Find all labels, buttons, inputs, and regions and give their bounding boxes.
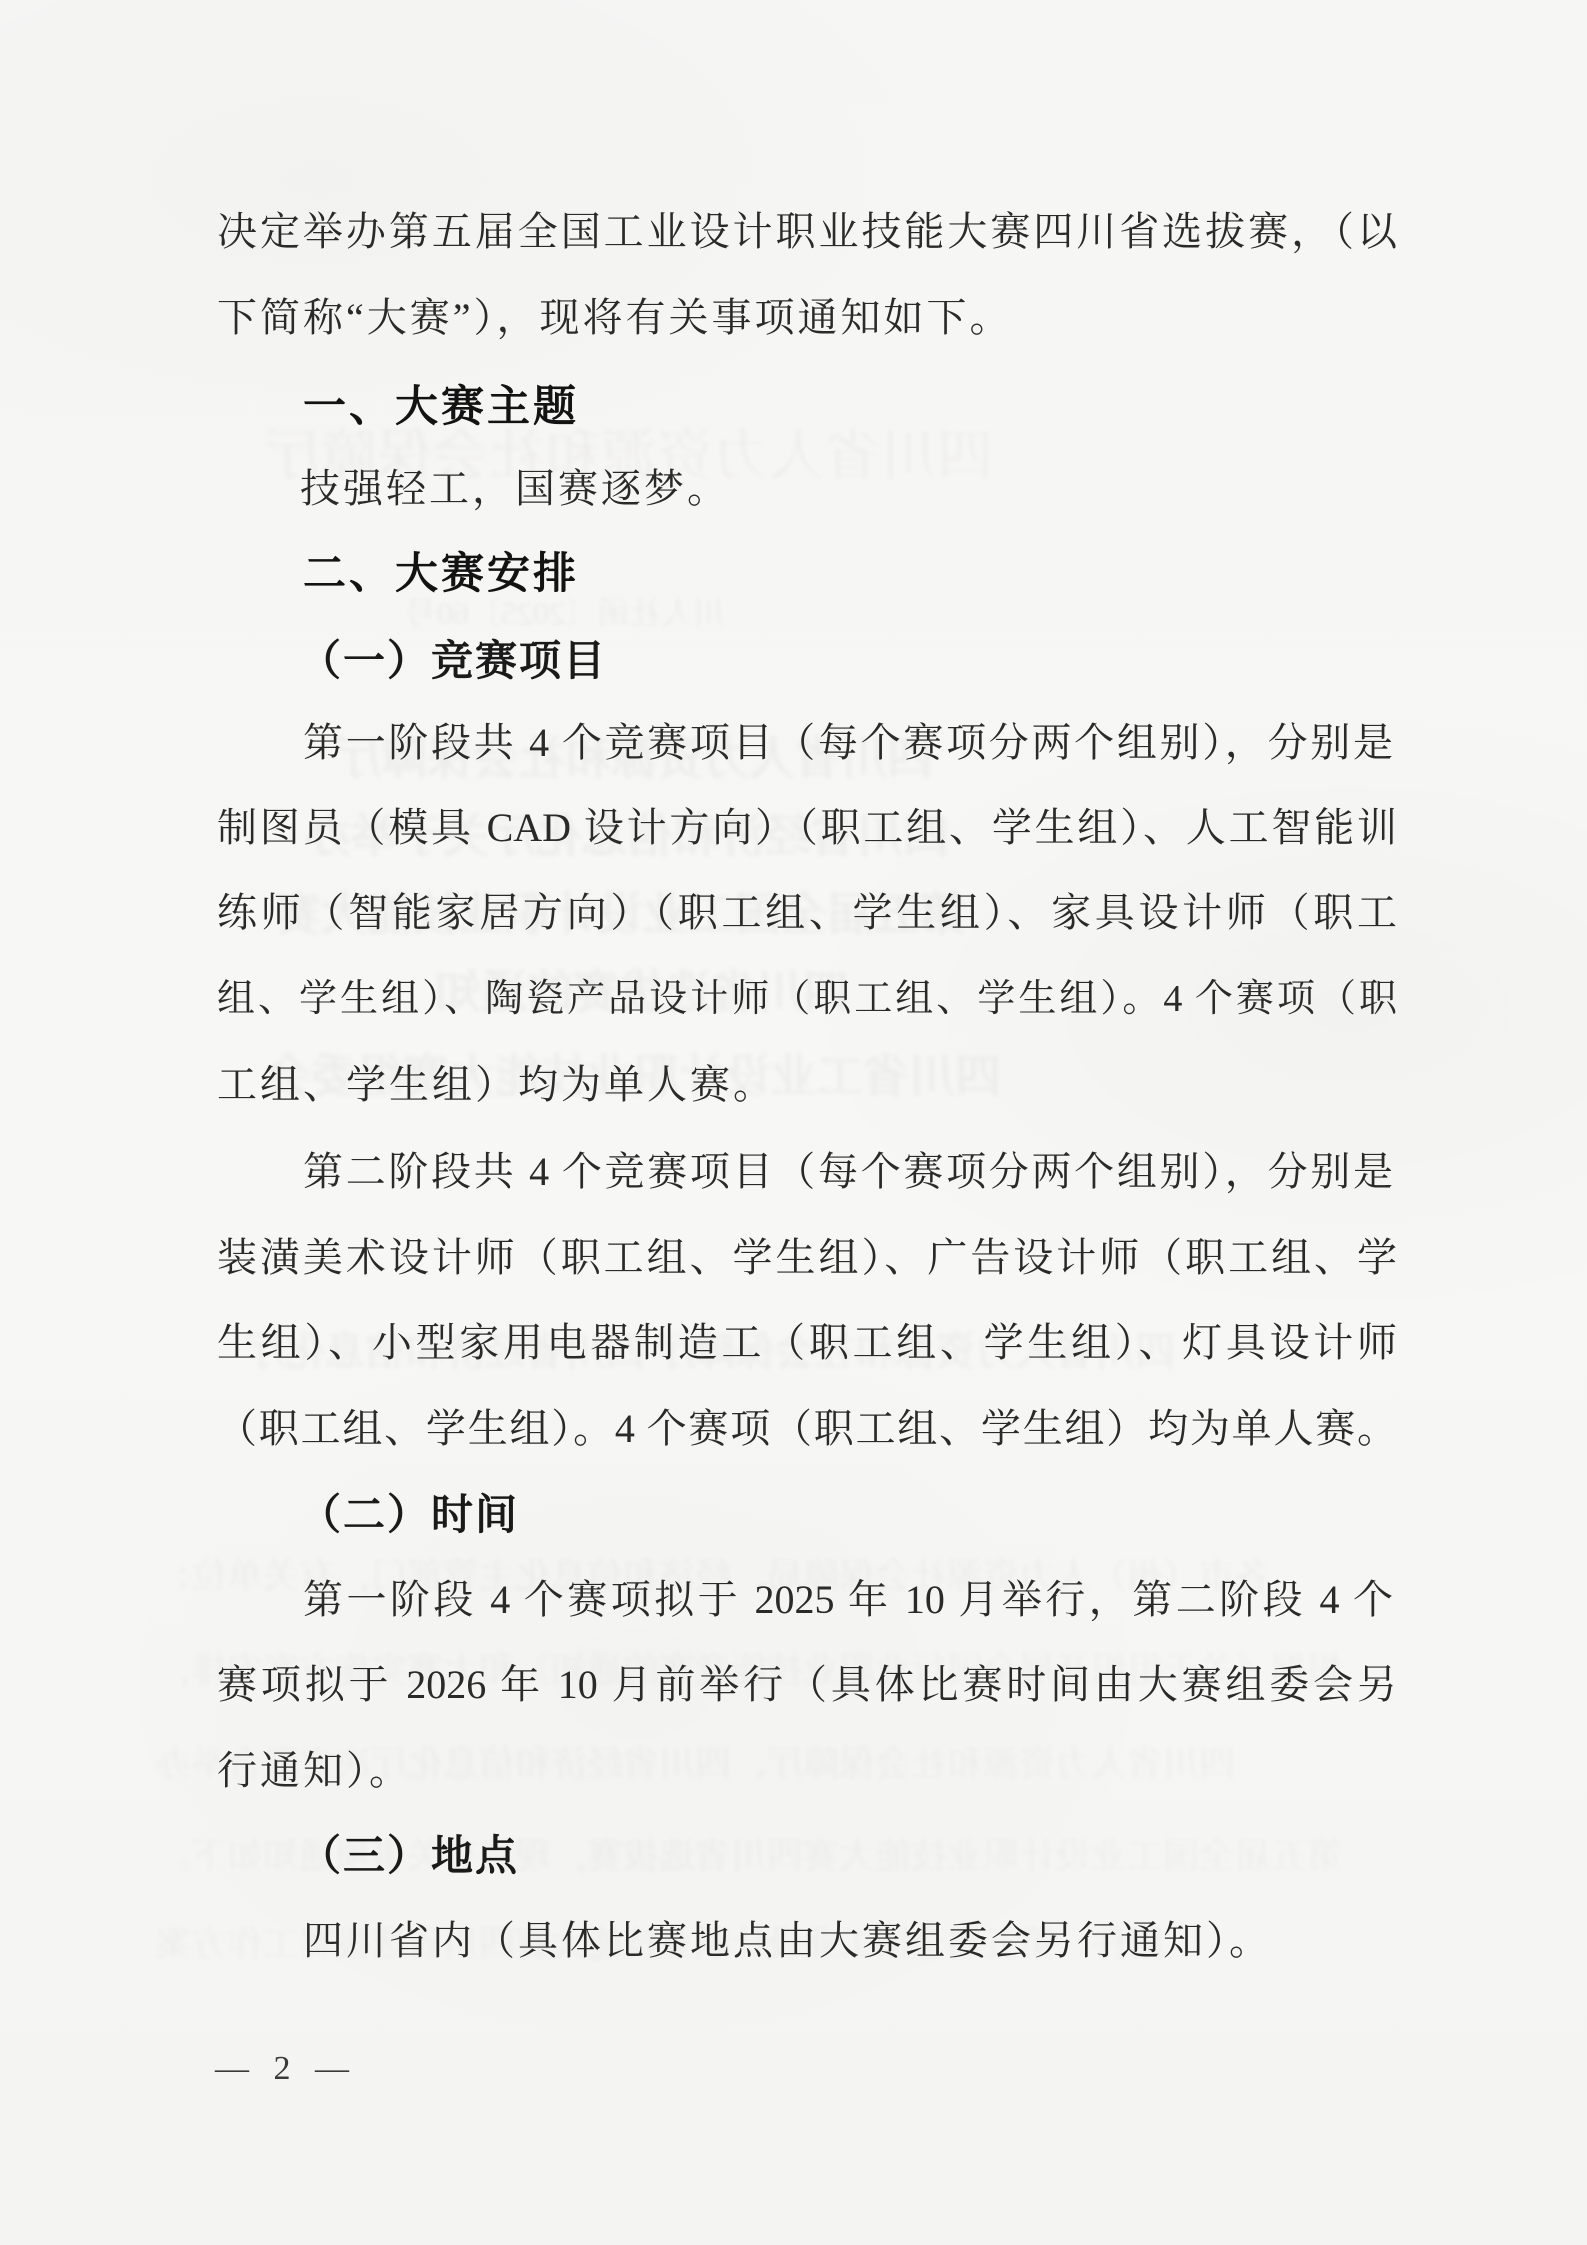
paragraph-line: 练师（智能家居方向）（职工组、学生组）、家具设计师（职工 [217,893,1397,933]
paragraph-line: 工组、学生组）均为单人赛。 [217,1065,776,1105]
subsection-heading-time: （二）时间 [299,1495,519,1537]
paragraph-line: 制图员（模具 CAD 设计方向）（职工组、学生组）、人工智能训 [217,808,1397,848]
paragraph-line: 第二阶段共 4 个竞赛项目（每个赛项分两个组别），分别是 [303,1152,1393,1192]
page-number: — 2 — [215,2052,357,2086]
paragraph-line: 第一阶段共 4 个竞赛项目（每个赛项分两个组别），分别是 [303,723,1393,763]
paragraph-line: 生组）、小型家用电器制造工（职工组、学生组）、灯具设计师 [217,1323,1397,1363]
paragraph-line: 组、学生组）、陶瓷产品设计师（职工组、学生组）。4 个赛项（职 [217,980,1397,1018]
section-heading-1: 一、大赛主题 [303,386,579,429]
paragraph-line: 四川省内（具体比赛地点由大赛组委会另行通知）。 [303,1921,1272,1961]
paragraph-line: 行通知）。 [217,1751,412,1791]
paragraph-line: （职工组、学生组）。4 个赛项（职工组、学生组）均为单人赛。 [217,1409,1397,1449]
paragraph-line: 赛项拟于 2026 年 10 月前举行（具体比赛时间由大赛组委会另 [217,1665,1397,1705]
section-heading-2: 二、大赛安排 [303,553,579,596]
paragraph-line: 装潢美术设计师（职工组、学生组）、广告设计师（职工组、学 [217,1238,1397,1278]
subsection-heading-location: （三）地点 [299,1836,519,1878]
body-line-continued: 下简称“大赛”），现将有关事项通知如下。 [217,298,1013,338]
subsection-heading-competition-items: （一）竞赛项目 [299,641,607,683]
paragraph-line: 第一阶段 4 个赛项拟于 2025 年 10 月举行，第二阶段 4 个 [303,1580,1393,1620]
competition-theme-text: 技强轻工，国赛逐梦。 [300,469,730,509]
body-line-continued: 决定举办第五届全国工业设计职业技能大赛四川省选拔赛，（以 [217,212,1397,252]
scanned-document-page: 四川省人力资源和社会保障厅 川人社函〔2025〕60号 四川省人力资源和社会保障… [0,0,1587,2245]
